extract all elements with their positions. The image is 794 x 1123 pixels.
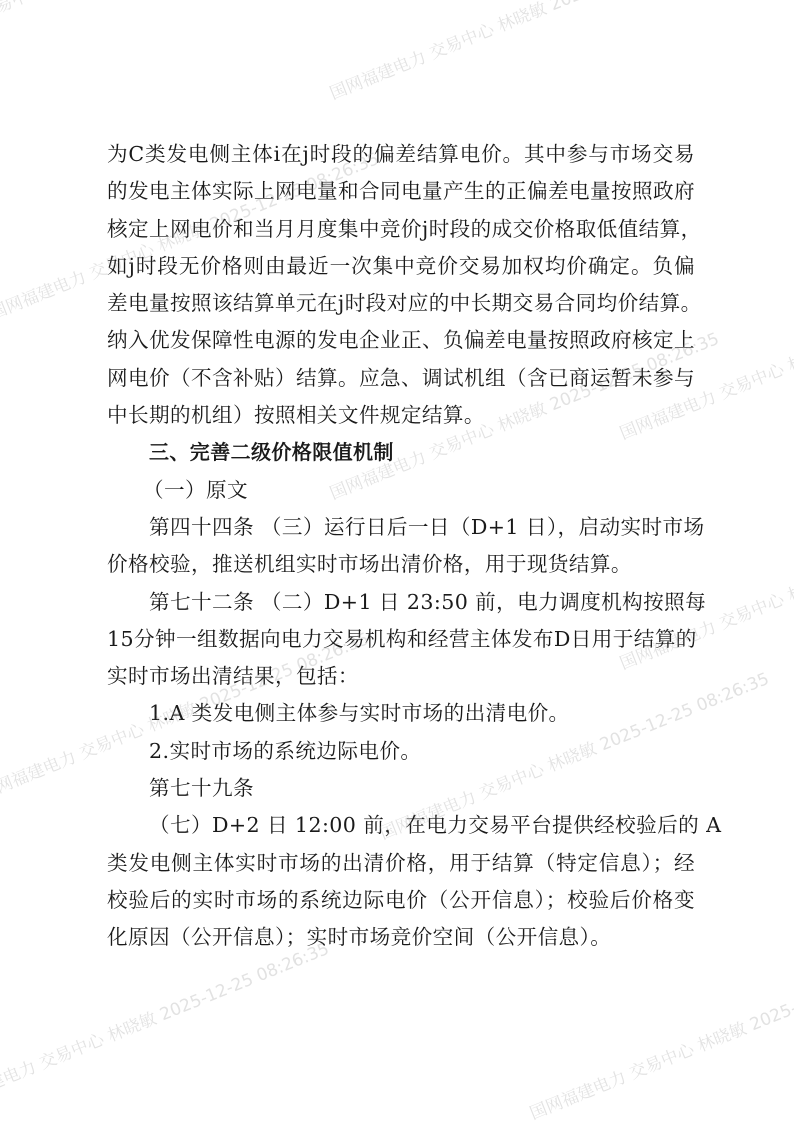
section-heading: 三、完善二级价格限值机制 — [107, 434, 695, 471]
subsection-heading: （一）原文 — [107, 472, 695, 509]
article-79-line: 校验后的实时市场的系统边际电价（公开信息）；校验后价格变 — [107, 882, 695, 919]
text-line: 核定上网电价和当月月度集中竞价j时段的成交价格取低值结算， — [107, 211, 695, 248]
text-line: 为C类发电侧主体i在j时段的偏差结算电价。其中参与市场交易 — [107, 136, 695, 173]
text-line: 纳入优发保障性电源的发电企业正、负偏差电量按照政府核定上 — [107, 322, 695, 359]
watermark-text: 国网福建电力 交易中心 林晓敏 2025-12-25 08:26:35 — [325, 0, 722, 104]
text-line: 如j时段无价格则由最近一次集中竞价交易加权均价确定。负偏 — [107, 248, 695, 285]
article-44-line: 价格校验，推送机组实时市场出清价格，用于现货结算。 — [107, 546, 695, 583]
article-72-line: 第七十二条 （二）D+1 日 23:50 前，电力调度机构按照每 — [107, 584, 695, 621]
article-44-line: 第四十四条 （三）运行日后一日（D+1 日），启动实时市场 — [107, 509, 695, 546]
list-item: 1.A 类发电侧主体参与实时市场的出清电价。 — [107, 695, 695, 732]
watermark-text: 国网福建电力 交易中心 林晓敏 2025-12-25 08:26:35 — [0, 934, 332, 1114]
text-line: 的发电主体实际上网电量和合同电量产生的正偏差电量按照政府 — [107, 173, 695, 210]
article-79-line: 类发电侧主体实时市场的出清价格，用于结算（特定信息）；经 — [107, 845, 695, 882]
text-line: 中长期的机组）按照相关文件规定结算。 — [107, 397, 695, 434]
article-79-title: 第七十九条 — [107, 770, 695, 807]
watermark-text: 国网福建电力 交易中心 林晓敏 2025-12-25 08:26:35 — [525, 944, 794, 1123]
watermark-text: 国网福建电力 交易中心 林晓敏 2025-12-25 08:26:35 — [0, 0, 272, 64]
text-line: 网电价（不含补贴）结算。应急、调试机组（含已商运暂未参与 — [107, 360, 695, 397]
text-line: 差电量按照该结算单元在j时段对应的中长期交易合同均价结算。 — [107, 285, 695, 322]
article-72-line: 实时市场出清结果，包括： — [107, 658, 695, 695]
article-79-line: （七）D+2 日 12:00 前，在电力交易平台提供经校验后的 A — [107, 807, 695, 844]
article-72-line: 15分钟一组数据向电力交易机构和经营主体发布D日用于结算的 — [107, 621, 695, 658]
article-79-line: 化原因（公开信息）；实时市场竞价空间（公开信息）。 — [107, 919, 695, 956]
list-item: 2.实时市场的系统边际电价。 — [107, 733, 695, 770]
document-page: 为C类发电侧主体i在j时段的偏差结算电价。其中参与市场交易 的发电主体实际上网电… — [107, 136, 695, 957]
